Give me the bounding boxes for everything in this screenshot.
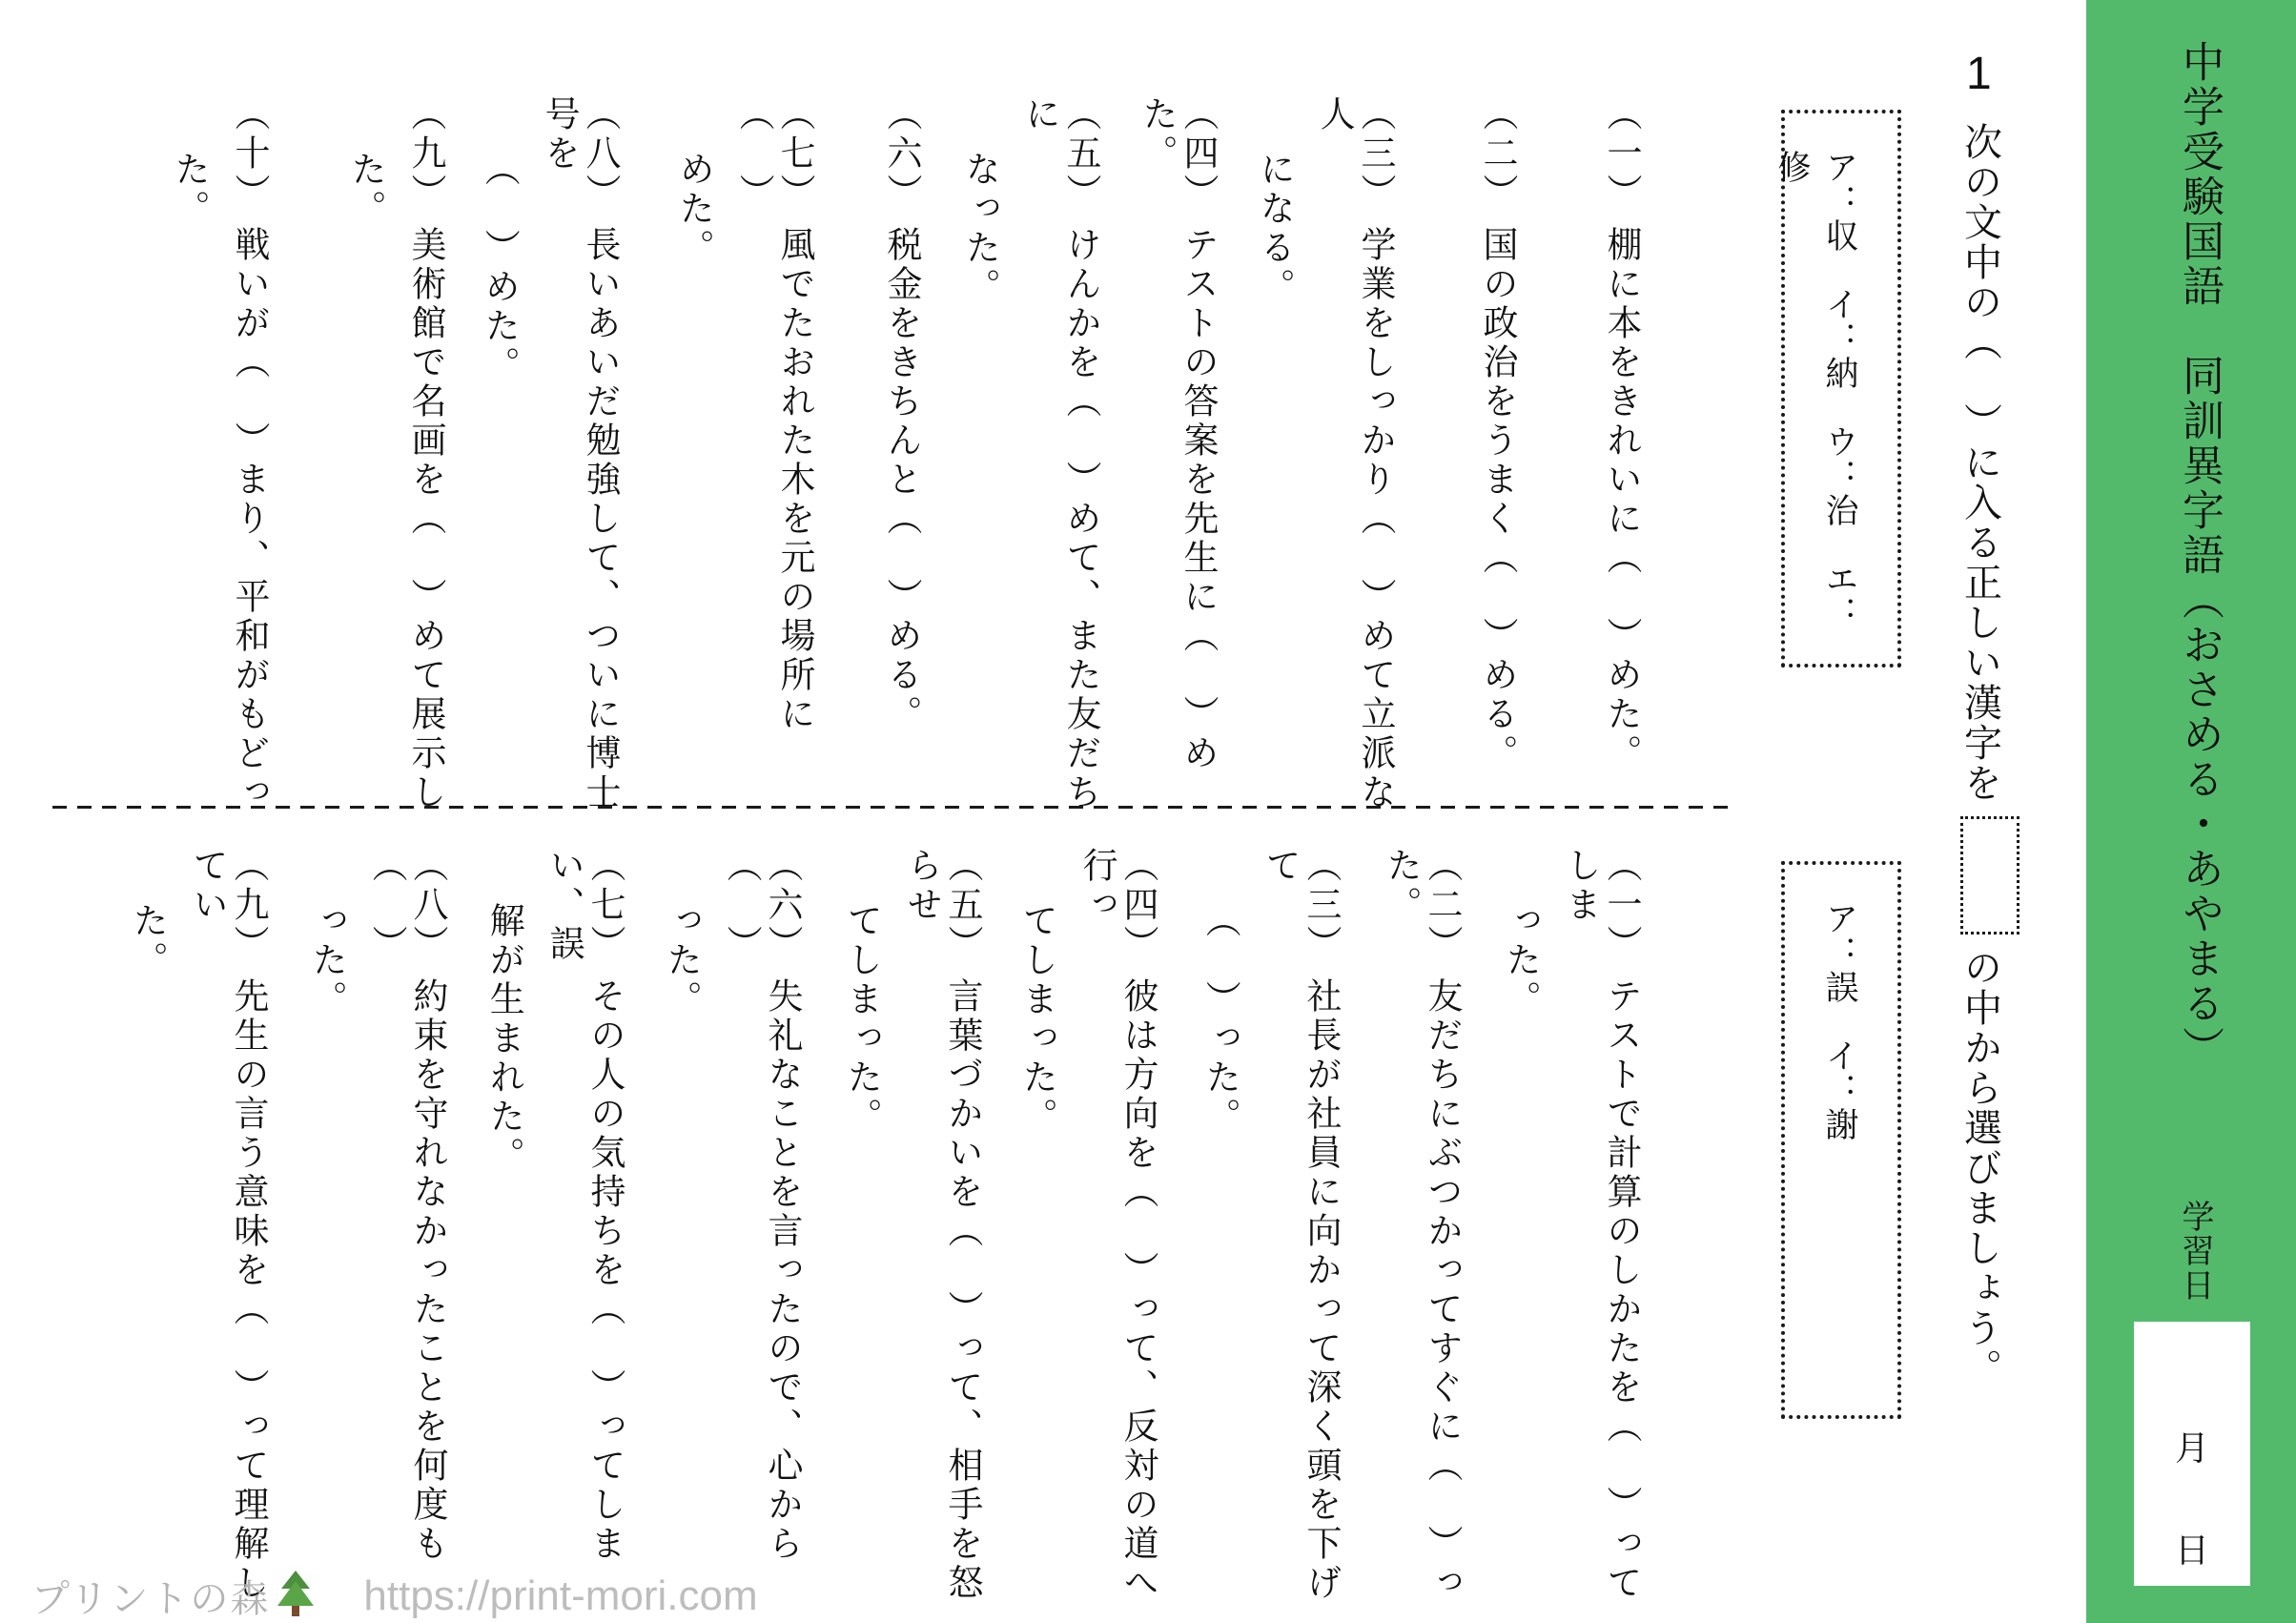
question-number: （九） bbox=[406, 95, 445, 213]
question-number: （六） bbox=[763, 847, 802, 964]
question-line-wrap: てしまった。 bbox=[1015, 847, 1056, 1615]
question-line: （七）風でたおれた木を元の場所に（ ） bbox=[732, 95, 814, 820]
question-number: （一） bbox=[1602, 95, 1641, 213]
question-s2-2: （二）友だちにぶつかってすぐに（ ）った。 bbox=[1380, 847, 1462, 1615]
question-text: 国の政治をうまく（ ）める。 bbox=[1478, 226, 1517, 773]
question-s2-6: （六）失礼なことを言ったので、心から（ ） った。 bbox=[660, 847, 802, 1615]
question-line: （三）学業をしっかり（ ）めて立派な人 bbox=[1313, 95, 1395, 820]
question-number: （四） bbox=[1118, 847, 1158, 964]
question-number: （十） bbox=[230, 95, 269, 213]
question-s1-4: （四）テストの答案を先生に（ ）めた。 bbox=[1136, 95, 1218, 820]
question-number: （三） bbox=[1302, 847, 1341, 964]
question-line: （五）言葉づかいを（ ）って、相手を怒らせ bbox=[900, 847, 982, 1615]
question-line: （八）長いあいだ勉強して、ついに博士号を bbox=[538, 95, 620, 820]
question-number: （三） bbox=[1356, 95, 1395, 213]
question-line: （九）美術館で名画を（ ）めて展示し bbox=[404, 95, 445, 820]
question-line-wrap: てしまった。 bbox=[840, 847, 881, 1615]
question-line-wrap: た。 bbox=[126, 847, 167, 1615]
question-s2-8: （八）約束を守れなかったことを何度も（ ） った。 bbox=[305, 847, 447, 1615]
question-line-wrap: （ ）った。 bbox=[1199, 847, 1240, 1615]
instruction-before: 次の文中の（ ）に入る正しい漢字を bbox=[1958, 122, 2000, 803]
instruction-after: の中から選びましょう。 bbox=[1958, 948, 2000, 1388]
question-line-wrap: った。 bbox=[305, 847, 346, 1615]
question-s2-3: （三）社長が社員に向かって深く頭を下げて （ ）った。 bbox=[1199, 847, 1341, 1615]
question-number: （二） bbox=[1423, 847, 1462, 964]
question-number: （八） bbox=[581, 95, 620, 213]
question-line: （一）テストで計算のしかたを（ ）ってしま bbox=[1559, 847, 1641, 1615]
question-line-wrap: った。 bbox=[660, 847, 701, 1615]
question-line: （六）失礼なことを言ったので、心から（ ） bbox=[720, 847, 802, 1615]
study-date-label: 学習日 bbox=[2172, 1200, 2219, 1303]
question-line: （二）友だちにぶつかってすぐに（ ）った。 bbox=[1380, 847, 1462, 1615]
answer-source-box-placeholder bbox=[1960, 816, 2019, 935]
site-name: プリントの森 bbox=[31, 1569, 270, 1623]
question-s1-2: （二）国の政治をうまく（ ）める。 bbox=[1476, 95, 1517, 820]
question-line: （四）テストの答案を先生に（ ）めた。 bbox=[1136, 95, 1218, 820]
month-label: 月 bbox=[2134, 1422, 2250, 1470]
question-s2-7: （七）その人の気持ちを（ ）ってしまい、誤 解が生まれた。 bbox=[482, 847, 625, 1615]
question-s1-7: （七）風でたおれた木を元の場所に（ ） めた。 bbox=[672, 95, 814, 820]
evergreen-tree-icon bbox=[276, 1570, 316, 1622]
question-number: （六） bbox=[882, 95, 921, 213]
question-line-wrap: 解が生まれた。 bbox=[482, 847, 523, 1615]
question-line-wrap: た。 bbox=[344, 95, 385, 820]
question-number: （五） bbox=[1061, 95, 1100, 213]
question-number: （七） bbox=[585, 847, 625, 964]
answer-options-2: ア：誤 イ：謝 bbox=[1815, 901, 1863, 1141]
question-line: （三）社長が社員に向かって深く頭を下げて bbox=[1259, 847, 1341, 1615]
question-s1-10: （十）戦いが（ ）まり、平和がもどっ た。 bbox=[168, 95, 269, 820]
question-line-wrap: になる。 bbox=[1253, 95, 1294, 820]
question-s1-5: （五）けんかを（ ）めて、また友だちに なった。 bbox=[958, 95, 1100, 820]
question-line: （八）約束を守れなかったことを何度も（ ） bbox=[365, 847, 447, 1615]
question-number: （八） bbox=[408, 847, 447, 964]
date-entry-box: 月 日 bbox=[2134, 1322, 2250, 1586]
question-number: （二） bbox=[1478, 95, 1517, 213]
title-banner: 中学受験国語 同訓異字語（おさめる・あやまる） 学習日 月 日 bbox=[2086, 0, 2296, 1623]
answer-options-1: ア：収 イ：納 ウ：治 エ：修 bbox=[1768, 150, 1863, 664]
question-number: （七） bbox=[775, 95, 814, 213]
instruction-text: 次の文中の（ ）に入る正しい漢字をの中から選びましょう。 bbox=[1955, 122, 2019, 1524]
question-text: 美術館で名画を（ ）めて展示し bbox=[406, 226, 445, 812]
page-title: 中学受験国語 同訓異字語（おさめる・あやまる） bbox=[2168, 40, 2229, 1071]
question-line-wrap: めた。 bbox=[672, 95, 713, 820]
question-s2-4: （四）彼は方向を（ ）って、反対の道へ行っ てしまった。 bbox=[1015, 847, 1158, 1615]
answer-options-box-1: ア：収 イ：納 ウ：治 エ：修 bbox=[1781, 110, 1901, 668]
question-line-wrap: た。 bbox=[168, 95, 209, 820]
question-text: 税金をきちんと（ ）める。 bbox=[882, 226, 921, 734]
question-line: （二）国の政治をうまく（ ）める。 bbox=[1476, 95, 1517, 820]
question-number: （一） bbox=[1602, 847, 1641, 964]
question-text: 棚に本をきれいに（ ）めた。 bbox=[1602, 226, 1641, 773]
question-number: （四） bbox=[1179, 95, 1218, 213]
question-s1-3: （三）学業をしっかり（ ）めて立派な人 になる。 bbox=[1253, 95, 1395, 820]
site-url: https://print-mori.com bbox=[363, 1572, 757, 1620]
question-line: （一）棚に本をきれいに（ ）めた。 bbox=[1600, 95, 1641, 820]
problem-number: 1 bbox=[1966, 48, 1992, 100]
question-s2-1: （一）テストで計算のしかたを（ ）ってしま った。 bbox=[1499, 847, 1641, 1615]
worksheet-page: 中学受験国語 同訓異字語（おさめる・あやまる） 学習日 月 日 1 次の文中の（… bbox=[0, 0, 2296, 1623]
question-line: （十）戦いが（ ）まり、平和がもどっ bbox=[228, 95, 269, 820]
question-s2-9: （九）先生の言う意味を（ ）って理解してい た。 bbox=[126, 847, 268, 1615]
answer-options-box-2: ア：誤 イ：謝 bbox=[1781, 861, 1901, 1419]
question-line: （四）彼は方向を（ ）って、反対の道へ行っ bbox=[1076, 847, 1158, 1615]
question-s1-1: （一）棚に本をきれいに（ ）めた。 bbox=[1600, 95, 1641, 820]
question-line: （五）けんかを（ ）めて、また友だちに bbox=[1018, 95, 1100, 820]
site-watermark: プリントの森 https://print-mori.com bbox=[31, 1569, 758, 1623]
question-line: （六）税金をきちんと（ ）める。 bbox=[880, 95, 921, 820]
question-s1-9: （九）美術館で名画を（ ）めて展示し た。 bbox=[344, 95, 445, 820]
question-line: （七）その人の気持ちを（ ）ってしまい、誤 bbox=[543, 847, 625, 1615]
question-text: 戦いが（ ）まり、平和がもどっ bbox=[230, 226, 269, 812]
question-number: （九） bbox=[229, 847, 268, 964]
question-s1-6: （六）税金をきちんと（ ）める。 bbox=[880, 95, 921, 820]
question-s2-5: （五）言葉づかいを（ ）って、相手を怒らせ てしまった。 bbox=[840, 847, 982, 1615]
question-line-wrap: なった。 bbox=[958, 95, 999, 820]
question-s1-8: （八）長いあいだ勉強して、ついに博士号を （ ）めた。 bbox=[478, 95, 620, 820]
question-line-wrap: った。 bbox=[1499, 847, 1540, 1615]
day-label: 日 bbox=[2134, 1524, 2250, 1572]
question-line: （九）先生の言う意味を（ ）って理解してい bbox=[186, 847, 268, 1615]
question-number: （五） bbox=[943, 847, 982, 964]
question-line-wrap: （ ）めた。 bbox=[478, 95, 519, 820]
